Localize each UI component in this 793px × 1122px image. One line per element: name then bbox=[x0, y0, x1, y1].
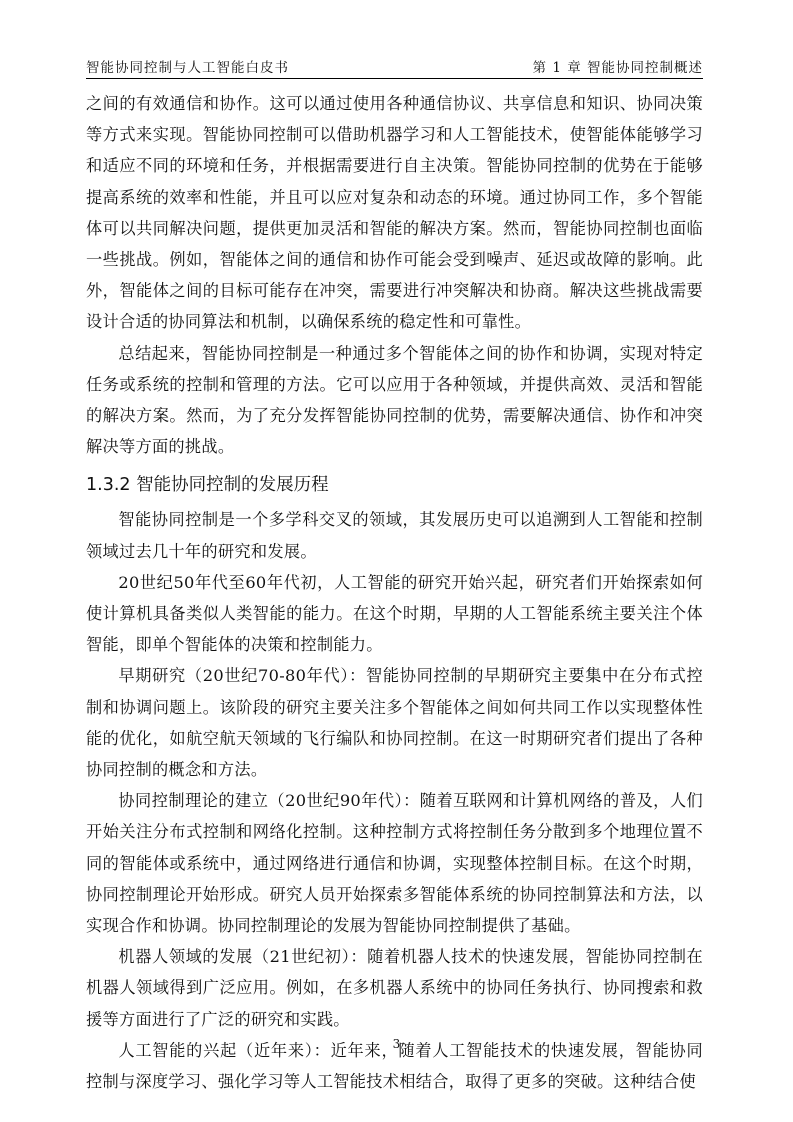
header-chapter-title: 第 1 章 智能协同控制概述 bbox=[533, 56, 703, 76]
page-number: 3 bbox=[0, 1037, 793, 1051]
paragraph-continued: 之间的有效通信和协作。这可以通过使用各种通信协议、共享信息和知识、协同决策等方式… bbox=[86, 88, 703, 338]
paragraph-theory-establishment: 协同控制理论的建立（20世纪90年代）：随着互联网和计算机网络的普及，人们开始关… bbox=[86, 785, 703, 941]
header-book-title: 智能协同控制与人工智能白皮书 bbox=[86, 56, 289, 76]
paragraph-early-research: 早期研究（20世纪70-80年代）：智能协同控制的早期研究主要集中在分布式控制和… bbox=[86, 660, 703, 785]
paragraph-robotics: 机器人领域的发展（21世纪初）：随着机器人技术的快速发展，智能协同控制在机器人领… bbox=[86, 941, 703, 1035]
paragraph-intro: 智能协同控制是一个多学科交叉的领域，其发展历史可以追溯到人工智能和控制领域过去几… bbox=[86, 504, 703, 566]
page-content: 之间的有效通信和协作。这可以通过使用各种通信协议、共享信息和知识、协同决策等方式… bbox=[86, 88, 703, 1097]
paragraph-summary: 总结起来，智能协同控制是一种通过多个智能体之间的协作和协调，实现对特定任务或系统… bbox=[86, 338, 703, 463]
page-header: 智能协同控制与人工智能白皮书 第 1 章 智能协同控制概述 bbox=[86, 52, 703, 79]
paragraph-1950s: 20世纪50年代至60年代初，人工智能的研究开始兴起，研究者们开始探索如何使计算… bbox=[86, 567, 703, 661]
section-heading: 1.3.2 智能协同控制的发展历程 bbox=[86, 470, 703, 500]
